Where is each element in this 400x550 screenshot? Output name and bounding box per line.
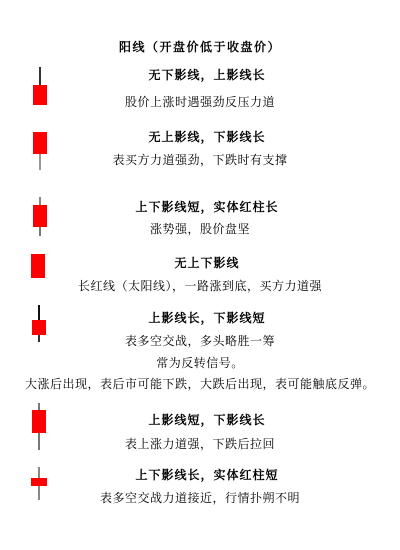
candle-body bbox=[32, 410, 46, 433]
page-title: 阳线（开盘价低于收盘价） bbox=[0, 38, 400, 55]
section-5-text-3: 大涨后出现，表后市可能下跌，大跌后出现，表可能触底反弹。 bbox=[0, 375, 400, 392]
candle-body bbox=[33, 85, 47, 105]
lower-wick bbox=[39, 227, 41, 236]
section-2-heading: 无上影线，下影线长 bbox=[14, 128, 400, 145]
candlestick-short-upper-long-lower bbox=[32, 403, 46, 450]
candle-body bbox=[31, 254, 45, 278]
document-page: 阳线（开盘价低于收盘价） 无下影线，上影线长 股价上涨时遇强劲反压力道 无上影线… bbox=[0, 0, 400, 550]
lower-wick bbox=[39, 154, 41, 170]
section-4-heading: 无上下影线 bbox=[14, 254, 400, 271]
section-7-text: 表多空交战力道接近，行情扑朔不明 bbox=[0, 489, 400, 506]
candle-body bbox=[33, 132, 47, 154]
lower-wick bbox=[38, 486, 40, 500]
candlestick-no-shadows-marubozu bbox=[31, 254, 45, 278]
candlestick-long-shadows-short-red-body bbox=[31, 467, 47, 500]
upper-wick bbox=[38, 467, 40, 478]
upper-wick bbox=[39, 197, 41, 205]
candle-body bbox=[32, 320, 46, 335]
section-2-text: 表买方力道强劲，下跌时有支撑 bbox=[0, 151, 400, 168]
section-3-heading: 上下影线短，实体红柱长 bbox=[14, 198, 400, 215]
candle-body bbox=[31, 478, 47, 486]
candlestick-no-lower-shadow-long-upper bbox=[33, 67, 47, 105]
candle-body bbox=[33, 205, 47, 227]
section-6-text: 表上涨力道强，下跌后拉回 bbox=[0, 435, 400, 452]
candlestick-short-shadows-long-red-body bbox=[33, 197, 47, 236]
section-5-text-2: 常为反转信号。 bbox=[0, 354, 400, 371]
section-1-text: 股价上涨时遇强劲反压力道 bbox=[0, 93, 400, 110]
section-7-heading: 上下影线长，实体红柱短 bbox=[14, 466, 400, 483]
section-1-heading: 无下影线，上影线长 bbox=[14, 66, 400, 83]
candlestick-no-upper-shadow-long-lower bbox=[33, 132, 47, 170]
section-6-heading: 上影线短，下影线长 bbox=[14, 411, 400, 428]
upper-wick bbox=[38, 305, 40, 320]
upper-wick bbox=[39, 67, 41, 85]
upper-wick bbox=[38, 403, 40, 410]
section-4-text: 长红线（太阳线），一路涨到底，买方力道强 bbox=[0, 277, 400, 294]
section-3-text: 涨势强，股价盘坚 bbox=[0, 220, 400, 237]
section-5-text-1: 表多空交战，多头略胜一筹 bbox=[0, 332, 400, 349]
candlestick-long-upper-short-lower bbox=[32, 305, 46, 342]
lower-wick bbox=[38, 433, 40, 450]
section-5-heading: 上影线长，下影线短 bbox=[14, 309, 400, 326]
lower-wick bbox=[38, 335, 40, 342]
